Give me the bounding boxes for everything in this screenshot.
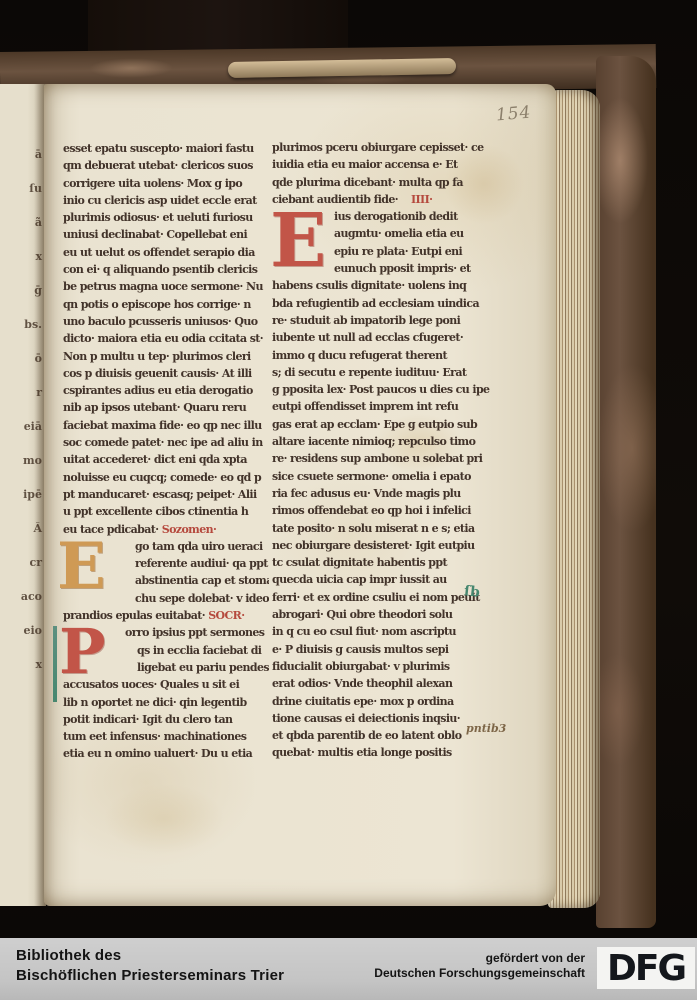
manuscript-text-line: nib ap ipsos utebant· Quaru reru: [63, 401, 269, 418]
body-text: et qbda parentib de eo latent oblo: [272, 729, 461, 742]
manuscript-text-line: tione causas ei deiectionis inqsiu·: [272, 712, 494, 729]
manuscript-text-line: fiducialit obiurgabat· v plurimis: [272, 660, 494, 677]
body-text: quecda uicia cap impr iussit au: [272, 573, 447, 586]
green-marginal-mark: ſb: [463, 583, 480, 601]
body-text: corrigere uita uolens· Mox g ipo: [63, 177, 242, 190]
library-credit: Bibliothek des Bischöflichen Priestersem…: [16, 946, 284, 986]
body-text: augmtu· omelia etia eu: [334, 227, 464, 240]
body-text: immo q ducu refugerat therent: [272, 349, 447, 362]
leather-cover-right: [596, 56, 656, 928]
manuscript-text-line: uno baculo pcusseris uniusos· Quo: [63, 315, 269, 332]
body-text: g pposita lex· Post paucos u dies cu ipe: [272, 383, 489, 396]
facing-page-edge: āſuãxḡbs.ōreiāmoipēĀcracoeiox: [0, 84, 46, 906]
book-spine-top: [88, 0, 348, 54]
manuscript-text-line: s; di secutu e repente iudituu· Erat: [272, 366, 494, 383]
manuscript-text-line: con ei· q aliquando psentib clericis: [63, 263, 269, 280]
body-text: ligebat eu pariu pendes: [137, 661, 269, 674]
decorated-initial-e-right: E: [270, 206, 326, 276]
body-text: be petrus magna uoce sermone· Nu: [63, 280, 263, 293]
body-text: go tam qda uiro ueraci: [135, 540, 263, 553]
rubric-text: IIII·: [411, 193, 432, 206]
body-text: eunuch pposit impris· et: [334, 262, 471, 275]
manuscript-text-line: tc csulat dignitate habentis ppt: [272, 556, 494, 573]
body-text: ius derogationib dedit: [334, 210, 458, 223]
body-text: erat odios· Vnde theophil alexan: [272, 677, 452, 690]
body-text: lib n oportet ne dici· qin legentib: [63, 696, 247, 709]
footer-banner: Bibliothek des Bischöflichen Priestersem…: [0, 938, 697, 1000]
manuscript-text-line: iuidia etia eu maior accensa e· Et: [272, 158, 494, 175]
body-text: con ei· q aliquando psentib clericis: [63, 263, 257, 276]
manuscript-text-line: inio cu clericis asp uidet eccle erat: [63, 194, 269, 211]
manuscript-text-line: soc comede patet· nec ipe ad aliu in: [63, 436, 269, 453]
manuscript-text-line: tum eet infensus· machinationes: [63, 730, 269, 747]
manuscript-text-line: ferri· et ex ordine csuliu ei nom peuit: [272, 591, 494, 608]
body-text: u ppt excellente cibos ctinentia h: [63, 505, 248, 518]
body-text: faciebat maxima fide· eo qp nec illu: [63, 419, 262, 432]
rubric-text: SOCR·: [208, 609, 244, 622]
manuscript-text-line: eutpi offendisset imprem int refu: [272, 400, 494, 417]
rubric-text: Sozomen·: [162, 523, 217, 536]
body-text: eutpi offendisset imprem int refu: [272, 400, 458, 413]
body-text: chu sepe dolebat· v ideo: [135, 592, 269, 605]
manuscript-text-line: lib n oportet ne dici· qin legentib: [63, 696, 269, 713]
body-text: rimos offendebat eo qp hoi i infelici: [272, 504, 471, 517]
manuscript-text-line: plurimis odiosus· et ueluti furiosu: [63, 211, 269, 228]
manuscript-text-line: dicto· maiora etia eu odia ccitata st·: [63, 332, 269, 349]
body-text: uno baculo pcusseris uniusos· Quo: [63, 315, 257, 328]
digitized-manuscript-view: āſuãxḡbs.ōreiāmoipēĀcracoeiox 154 esset …: [0, 0, 697, 1000]
body-text: fiducialit obiurgabat· v plurimis: [272, 660, 450, 673]
body-text: uniusi declinabat· Copellebat eni: [63, 228, 247, 241]
body-text: tc csulat dignitate habentis ppt: [272, 556, 447, 569]
decorated-initial-p-left: P: [59, 622, 106, 682]
manuscript-text-line: nec obiurgare desisteret· Igit eutpiu: [272, 539, 494, 556]
manuscript-text-line: cos p diuisis geuenit causis· At illi: [63, 367, 269, 384]
manuscript-text-line: plurimos pceru obiurgare cepisset· ce: [272, 141, 494, 158]
body-text: tum eet infensus· machinationes: [63, 730, 246, 743]
body-text: nec obiurgare desisteret· Igit eutpiu: [272, 539, 475, 552]
manuscript-text-line: e· P diuisis g causis multos sepi: [272, 643, 494, 660]
body-text: re· residens sup ambone u solebat pri: [272, 452, 482, 465]
body-text: cspirantes adius eu etia derogatio: [63, 384, 253, 397]
folio-number: 154: [495, 102, 532, 125]
body-text: plurimis odiosus· et ueluti furiosu: [63, 211, 253, 224]
body-text: epiu re plata· Eutpi eni: [334, 245, 462, 258]
parchment-stain: [104, 784, 224, 854]
manuscript-text-line: potit indicari· Igit du clero tan: [63, 713, 269, 730]
funding-credit-line2: Deutschen Forschungsgemeinschaft: [374, 966, 585, 981]
manuscript-text-line: immo q ducu refugerat therent: [272, 349, 494, 366]
manuscript-text-line: noluisse eu cuqcq; comede· eo qd p: [63, 471, 269, 488]
manuscript-text-line: erat odios· Vnde theophil alexan: [272, 677, 494, 694]
body-text: iuidia etia eu maior accensa e· Et: [272, 158, 458, 171]
initial-green-ornament: [53, 626, 57, 702]
marginal-gloss: pntib3: [466, 722, 506, 735]
manuscript-text-line: re· studuit ab impatorib lege poni: [272, 314, 494, 331]
manuscript-text-line: eu ut uelut os offendet serapio dia: [63, 246, 269, 263]
body-text: s; di secutu e repente iudituu· Erat: [272, 366, 466, 379]
body-text: eu ut uelut os offendet serapio dia: [63, 246, 255, 259]
body-text: esset epatu suscepto· maiori fastu: [63, 142, 254, 155]
manuscript-text-line: altare iacente nimioq; repculso timo: [272, 435, 494, 452]
manuscript-text-line: faciebat maxima fide· eo qp nec illu: [63, 419, 269, 436]
manuscript-text-line: qde plurima dicebant· multa qp fa: [272, 176, 494, 193]
body-text: etia eu n omino ualuert· Du u etia: [63, 747, 252, 760]
manuscript-text-line: qm debuerat utebat· clericos suos: [63, 159, 269, 176]
manuscript-text-line: abrogari· Qui obre theodori solu: [272, 608, 494, 625]
body-text: e· P diuisis g causis multos sepi: [272, 643, 448, 656]
manuscript-text-line: drine ciuitatis epe· mox p ordina: [272, 695, 494, 712]
funding-credit: gefördert von der Deutschen Forschungsge…: [374, 951, 585, 980]
body-text: tate posito· n solu miserat n e s; etia: [272, 522, 475, 535]
photo-background: āſuãxḡbs.ōreiāmoipēĀcracoeiox 154 esset …: [0, 0, 697, 938]
body-text: iubente ut null ad ecclas cfugeret·: [272, 331, 463, 344]
body-text: qm debuerat utebat· clericos suos: [63, 159, 253, 172]
library-credit-line1: Bibliothek des: [16, 946, 284, 966]
body-text: altare iacente nimioq; repculso timo: [272, 435, 475, 448]
manuscript-text-line: quebat· multis etia longe positis: [272, 746, 494, 763]
manuscript-text-line: et qbda parentib de eo latent oblo: [272, 729, 494, 746]
body-text: qn potis o episcope hos corrige· n: [63, 298, 251, 311]
body-text: cos p diuisis geuenit causis· At illi: [63, 367, 252, 380]
manuscript-text-line: pt manducaret· escasq; peipet· Alii: [63, 488, 269, 505]
manuscript-text-line: u ppt excellente cibos ctinentia h: [63, 505, 269, 522]
body-text: pt manducaret· escasq; peipet· Alii: [63, 488, 257, 501]
dfg-logo: DFG: [597, 947, 695, 989]
body-text: soc comede patet· nec ipe ad aliu in: [63, 436, 263, 449]
body-text: gas erat ap ecclam· Epe g eutpio sub: [272, 418, 477, 431]
manuscript-text-line: esset epatu suscepto· maiori fastu: [63, 142, 269, 159]
body-text: qs in ecclia faciebat di: [137, 644, 261, 657]
manuscript-text-line: be petrus magna uoce sermone· Nu: [63, 280, 269, 297]
body-text: tione causas ei deiectionis inqsiu·: [272, 712, 460, 725]
manuscript-text-line: etia eu n omino ualuert· Du u etia: [63, 747, 269, 764]
body-text: dicto· maiora etia eu odia ccitata st·: [63, 332, 263, 345]
manuscript-text-line: rimos offendebat eo qp hoi i infelici: [272, 504, 494, 521]
body-text: abstinentia cap et stoma: [135, 574, 269, 587]
funding-credit-line1: gefördert von der: [374, 951, 585, 966]
body-text: re· studuit ab impatorib lege poni: [272, 314, 460, 327]
body-text: potit indicari· Igit du clero tan: [63, 713, 232, 726]
body-text: referente audiui· qa ppt: [135, 557, 268, 570]
manuscript-text-line: ria fec adusus eu· Vnde magis plu: [272, 487, 494, 504]
manuscript-text-line: uitat accederet· dict eni qda xpta: [63, 453, 269, 470]
body-text: sice csuete sermone· omelia i epato: [272, 470, 471, 483]
manuscript-text-line: bda refugientib ad ecclesiam uindica: [272, 297, 494, 314]
body-text: ria fec adusus eu· Vnde magis plu: [272, 487, 461, 500]
manuscript-text-line: corrigere uita uolens· Mox g ipo: [63, 177, 269, 194]
body-text: abrogari· Qui obre theodori solu: [272, 608, 452, 621]
manuscript-text-line: cspirantes adius eu etia derogatio: [63, 384, 269, 401]
body-text: nib ap ipsos utebant· Quaru reru: [63, 401, 246, 414]
library-credit-line2: Bischöflichen Priesterseminars Trier: [16, 966, 284, 986]
body-text: in q cu eo csul fiut· nom ascriptu: [272, 625, 456, 638]
body-text: Non p multu u tep· plurimos cleri: [63, 350, 251, 363]
manuscript-text-line: iubente ut null ad ecclas cfugeret·: [272, 331, 494, 348]
body-text: ferri· et ex ordine csuliu ei nom peuit: [272, 591, 480, 604]
body-text: noluisse eu cuqcq; comede· eo qd p: [63, 471, 261, 484]
manuscript-text-line: quecda uicia cap impr iussit au: [272, 573, 494, 590]
body-text: bda refugientib ad ecclesiam uindica: [272, 297, 479, 310]
body-text: plurimos pceru obiurgare cepisset· ce: [272, 141, 483, 154]
manuscript-text-line: tate posito· n solu miserat n e s; etia: [272, 522, 494, 539]
body-text: orro ipsius ppt sermones: [125, 626, 264, 639]
body-text: uitat accederet· dict eni qda xpta: [63, 453, 247, 466]
manuscript-text-line: g pposita lex· Post paucos u dies cu ipe: [272, 383, 494, 400]
manuscript-text-line: Non p multu u tep· plurimos cleri: [63, 350, 269, 367]
manuscript-text-line: re· residens sup ambone u solebat pri: [272, 452, 494, 469]
body-text: drine ciuitatis epe· mox p ordina: [272, 695, 454, 708]
manuscript-text-line: qn potis o episcope hos corrige· n: [63, 298, 269, 315]
manuscript-page: 154 esset epatu suscepto· maiori fastuqm…: [44, 84, 556, 906]
body-text: qde plurima dicebant· multa qp fa: [272, 176, 463, 189]
manuscript-text-line: gas erat ap ecclam· Epe g eutpio sub: [272, 418, 494, 435]
manuscript-text-line: in q cu eo csul fiut· nom ascriptu: [272, 625, 494, 642]
body-text: quebat· multis etia longe positis: [272, 746, 452, 759]
body-text: inio cu clericis asp uidet eccle erat: [63, 194, 257, 207]
manuscript-text-line: uniusi declinabat· Copellebat eni: [63, 228, 269, 245]
decorated-initial-e-left: E: [57, 536, 106, 598]
manuscript-text-line: sice csuete sermone· omelia i epato: [272, 470, 494, 487]
